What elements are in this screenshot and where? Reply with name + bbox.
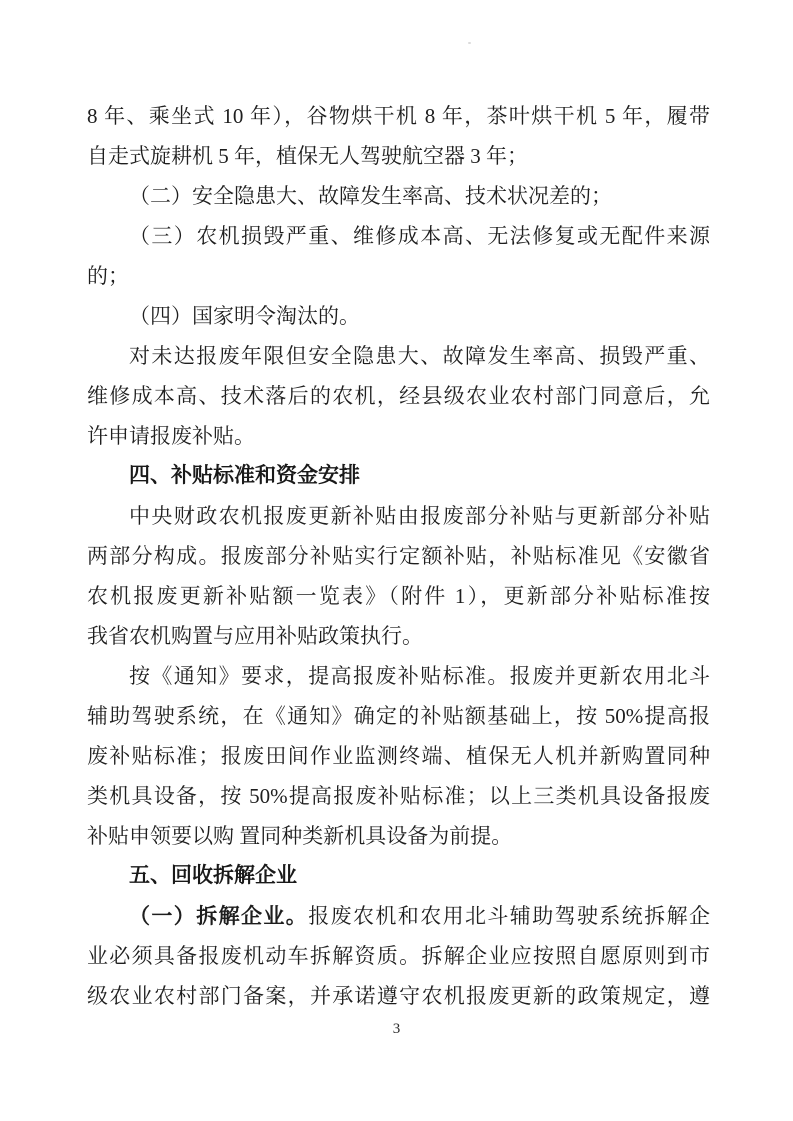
document-page: 8 年、乘坐式 10 年），谷物烘干机 8 年，茶叶烘干机 5 年，履带自走式旋…: [0, 0, 793, 1121]
text-line: 两部分构成。报废部分补贴实行定额补贴，补贴标准见《安徽省: [87, 536, 710, 576]
text-line: 8 年、乘坐式 10 年），谷物烘干机 8 年，茶叶烘干机 5 年，履带: [87, 96, 710, 136]
text-line: 农机报废更新补贴额一览表》（附件 1），更新部分补贴标准按: [87, 576, 710, 616]
bold-lead-text: （一）拆解企业。: [129, 904, 308, 928]
text-line: 许申请报废补贴。: [87, 416, 710, 456]
section-heading: 四、补贴标准和资金安排: [87, 456, 710, 496]
text-line: 的；: [87, 256, 710, 296]
text-line: （三）农机损毁严重、维修成本高、无法修复或无配件来源: [87, 216, 710, 256]
text-line: （一）拆解企业。报废农机和农用北斗辅助驾驶系统拆解企: [87, 896, 710, 936]
text-line: 中央财政农机报废更新补贴由报废部分补贴与更新部分补贴: [87, 496, 710, 536]
text-line: 按《通知》要求，提高报废补贴标准。报废并更新农用北斗: [87, 656, 710, 696]
text-line: 维修成本高、技术落后的农机，经县级农业农村部门同意后，允: [87, 376, 710, 416]
text-line: 级农业农村部门备案，并承诺遵守农机报废更新的政策规定，遵: [87, 976, 710, 1016]
text-line: 业必须具备报废机动车拆解资质。拆解企业应按照自愿原则到市: [87, 936, 710, 976]
text-line: 辅助驾驶系统，在《通知》确定的补贴额基础上，按 50%提高报: [87, 696, 710, 736]
text-line: 对未达报废年限但安全隐患大、故障发生率高、损毁严重、: [87, 336, 710, 376]
scan-speck: [468, 42, 471, 44]
document-body: 8 年、乘坐式 10 年），谷物烘干机 8 年，茶叶烘干机 5 年，履带自走式旋…: [87, 96, 710, 1016]
text-line: 类机具设备，按 50%提高报废补贴标准；以上三类机具设备报废: [87, 776, 710, 816]
text-line: 废补贴标准；报废田间作业监测终端、植保无人机并新购置同种: [87, 736, 710, 776]
section-heading: 五、回收拆解企业: [87, 856, 710, 896]
text-line: 补贴申领要以购 置同种类新机具设备为前提。: [87, 816, 710, 856]
text-line: （四）国家明令淘汰的。: [87, 296, 710, 336]
page-number: 3: [0, 1019, 793, 1039]
text-line: 我省农机购置与应用补贴政策执行。: [87, 616, 710, 656]
text-line: （二）安全隐患大、故障发生率高、技术状况差的；: [87, 176, 710, 216]
text-line: 自走式旋耕机 5 年，植保无人驾驶航空器 3 年；: [87, 136, 710, 176]
